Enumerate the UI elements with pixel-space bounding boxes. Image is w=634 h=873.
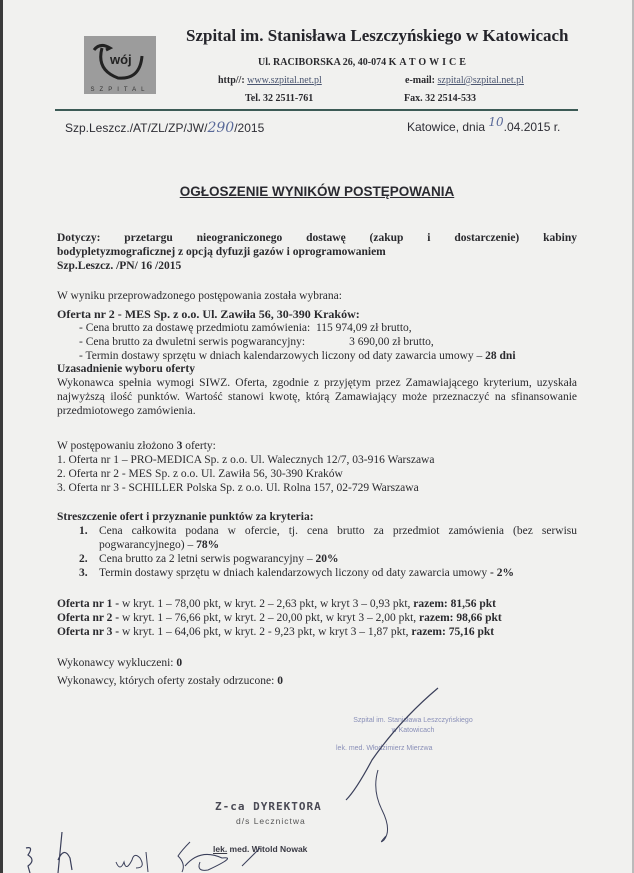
offer-list-item: 2. Oferta nr 2 - MES Sp. z o.o. Ul. Zawi…	[57, 467, 577, 481]
selected-offer: Oferta nr 2 - MES Sp. z o.o. Ul. Zawiła …	[57, 307, 577, 363]
website: http//: www.szpital.net.pl	[218, 75, 322, 86]
offer-list-item: 3. Oferta nr 3 - SCHILLER Polska Sp. z o…	[57, 481, 577, 495]
hospital-logo: wój SZPITAL	[84, 36, 156, 94]
criteria-summary: Streszczenie ofert i przyznanie punktów …	[57, 510, 577, 580]
hospital-address: Ul. RACIBORSKA 26, 40-074 KATOWICE	[258, 57, 469, 68]
offers-submitted: W postępowaniu złożono 3 oferty: 1. Ofer…	[57, 439, 577, 495]
fax: Fax. 32 2514-533	[404, 93, 476, 104]
offer-detail: Cena brutto za dostawę przedmiotu zamówi…	[79, 321, 577, 335]
document-date: Katowice, dnia 10.04.2015 r.	[407, 120, 560, 134]
scores-table: Oferta nr 1 - w kryt. 1 – 78,00 pkt, w k…	[57, 597, 577, 639]
telephone: Tel. 32 2511-761	[245, 93, 313, 104]
intro-text: W wyniku przeprowadzonego postępowania z…	[57, 289, 577, 303]
reference-number: Szp.Leszcz./AT/ZL/ZP/JW/290/2015	[65, 120, 264, 136]
email-link[interactable]: szpital@szpital.net.pl	[438, 75, 524, 86]
hospital-stamp: Szpital im. Stanisława Leszczyńskiego w …	[328, 716, 498, 736]
handwritten-day: 10	[488, 115, 503, 129]
score-row: Oferta nr 1 - w kryt. 1 – 78,00 pkt, w k…	[57, 597, 577, 611]
logo-emblem-icon: wój	[90, 40, 150, 84]
deputy-director-title: Z-ca DYREKTORA	[215, 800, 322, 813]
deputy-director-name: lek. med. Witold Nowak	[213, 844, 307, 854]
justification-heading: Uzasadnienie wyboru oferty	[57, 362, 577, 376]
email: e-mail: szpital@szpital.net.pl	[405, 75, 524, 86]
justification: Uzasadnienie wyboru oferty Wykonawca spe…	[57, 362, 577, 418]
offer-list-item: 1. Oferta nr 1 – PRO-MEDICA Sp. z o.o. U…	[57, 453, 577, 467]
header-divider	[55, 109, 578, 111]
director-stamp: lek. med. Włodzimierz Mierzwa	[336, 745, 432, 752]
criteria-heading: Streszczenie ofert i przyznanie punktów …	[57, 510, 577, 524]
document-page: wój SZPITAL Szpital im. Stanisława Leszc…	[0, 0, 634, 873]
justification-text: Wykonawca spełnia wymogi SIWZ. Oferta, z…	[57, 376, 577, 418]
website-link[interactable]: www.szpital.net.pl	[247, 75, 322, 86]
offer-detail: Termin dostawy sprzętu w dniach kalendar…	[79, 349, 577, 363]
deputy-director-dept: d/s Lecznictwa	[236, 816, 306, 826]
score-row: Oferta nr 3 - w kryt. 1 – 64,06 pkt, w k…	[57, 625, 577, 639]
selected-offer-heading: Oferta nr 2 - MES Sp. z o.o. Ul. Zawiła …	[57, 307, 577, 321]
address-city: KATOWICE	[389, 57, 469, 68]
logo-subtext: SZPITAL	[84, 87, 156, 93]
scan-edge	[0, 0, 3, 873]
rejected-offers: Wykonawcy, których oferty zostały odrzuc…	[57, 674, 577, 688]
subject: Dotyczy: przetargu nieograniczonego dost…	[57, 231, 577, 273]
offer-detail: Cena brutto za dwuletni serwis pogwaranc…	[79, 335, 577, 349]
criterion-item: 1.Cena całkowita podana w ofercie, tj. c…	[79, 524, 577, 552]
criterion-item: 2.Cena brutto za 2 letni serwis pogwaran…	[79, 552, 577, 566]
handwritten-number: 290	[207, 120, 234, 136]
score-row: Oferta nr 2 - w kryt. 1 – 76,66 pkt, w k…	[57, 611, 577, 625]
criterion-item: 3.Termin dostawy sprzętu w dniach kalend…	[79, 566, 577, 580]
document-title: OGŁOSZENIE WYNIKÓW POSTĘPOWANIA	[0, 184, 634, 199]
svg-text:wój: wój	[109, 52, 132, 67]
excluded-contractors: Wykonawcy wykluczeni: 0	[57, 656, 577, 670]
hospital-name: Szpital im. Stanisława Leszczyńskiego w …	[186, 26, 569, 46]
